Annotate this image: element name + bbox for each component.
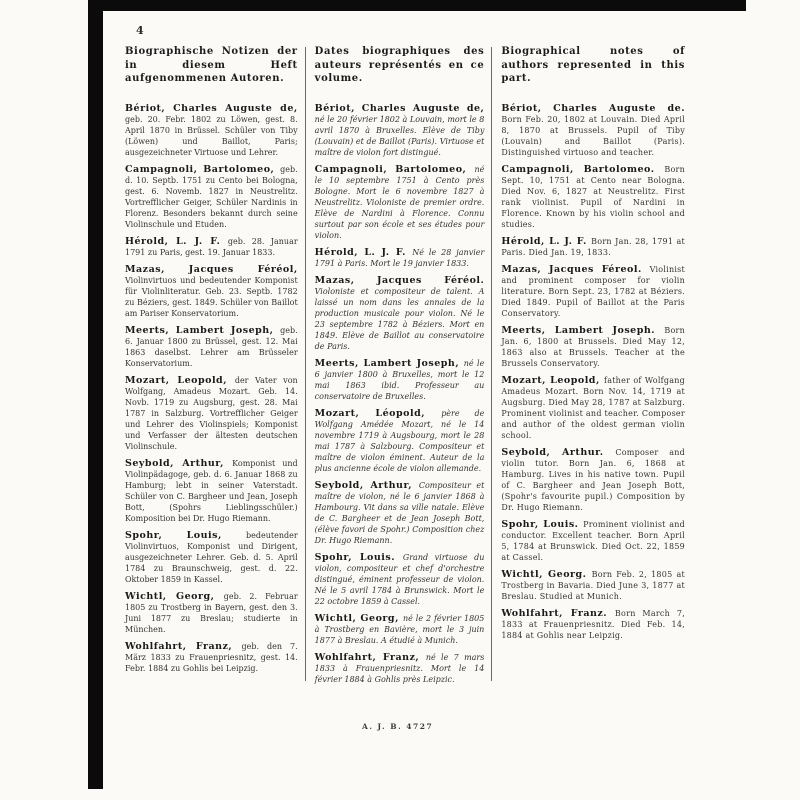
author-entry: Campagnoli, Bartolomeo, geb. d. 10. Sept… [125, 164, 298, 230]
author-entry: Mazas, Jacques Féréol, Violinvirtuos und… [125, 264, 298, 319]
scan-border-left [88, 0, 103, 789]
author-entry: Wichtl, Georg, geb. 2. Februar 1805 zu T… [125, 591, 298, 635]
author-name: Hérold, L. J. F. [125, 236, 228, 247]
author-entry: Hérold, L. J. F. geb. 28. Januar 1791 zu… [125, 236, 298, 258]
author-entry: Mazas, Jacques Féréol. Violoniste et com… [315, 275, 485, 352]
author-entry: Meerts, Lambert Joseph, né le 6 janvier … [315, 358, 485, 402]
author-name: Wohlfahrt, Franz. [501, 608, 615, 619]
author-entry: Wohlfahrt, Franz, né le 7 mars 1833 à Fr… [315, 652, 485, 685]
author-name: Mozart, Léopold, [315, 408, 442, 419]
author-entry: Bériot, Charles Auguste de. Born Feb. 20… [501, 103, 685, 158]
author-name: Hérold, L. J. F. [315, 247, 413, 258]
author-bio: der Vater von Wolfgang, Amadeus Mozart. … [125, 376, 298, 451]
author-entry: Campagnoli, Bartolomeo, né le 10 septemb… [315, 164, 485, 241]
author-name: Seybold, Arthur, [315, 480, 419, 491]
page-number: 4 [136, 24, 144, 37]
author-entry: Seybold, Arthur, Komponist und Violinpäd… [125, 458, 298, 524]
author-name: Mazas, Jacques Féréol, [125, 264, 298, 275]
author-bio: geb. 20. Febr. 1802 zu Löwen, gest. 8. A… [125, 115, 298, 157]
author-entry: Seybold, Arthur. Composer and violin tut… [501, 447, 685, 513]
author-entry: Mazas, Jacques Féreol. Violinist and pro… [501, 264, 685, 319]
author-bio: Born Feb. 20, 1802 at Louvain. Died Apri… [501, 115, 685, 157]
author-bio: father of Wolfgang Amadeus Mozart. Born … [501, 376, 685, 440]
author-name: Spohr, Louis, [125, 530, 246, 541]
entries-german: Bériot, Charles Auguste de, geb. 20. Feb… [125, 103, 298, 674]
author-name: Spohr, Louis. [315, 552, 403, 563]
author-entry: Bériot, Charles Auguste de, né le 20 fév… [315, 103, 485, 158]
author-name: Hérold, L. J. F. [501, 236, 591, 247]
author-name: Mazas, Jacques Féréol. [315, 275, 485, 286]
entries-french: Bériot, Charles Auguste de, né le 20 fév… [315, 103, 485, 685]
author-entry: Wohlfahrt, Franz. Born March 7, 1833 at … [501, 608, 685, 641]
column-heading-french: Dates biographiques des auteurs représen… [315, 45, 485, 86]
author-entry: Hérold, L. J. F. Born Jan. 28, 1791 at P… [501, 236, 685, 258]
author-entry: Seybold, Arthur, Compositeur et maître d… [315, 480, 485, 546]
author-entry: Hérold, L. J. F. Né le 28 janvier 1791 à… [315, 247, 485, 269]
author-entry: Bériot, Charles Auguste de, geb. 20. Feb… [125, 103, 298, 158]
column-german: Biographische Notizen der in diesem Heft… [125, 45, 305, 691]
author-name: Campagnoli, Bartolomeo, [125, 164, 280, 175]
author-name: Mozart, Leopold, [501, 375, 604, 386]
author-bio: Violoniste et compositeur de talent. A l… [315, 287, 485, 351]
author-entry: Mozart, Léopold, père de Wolfgang Amédée… [315, 408, 485, 474]
entries-english: Bériot, Charles Auguste de. Born Feb. 20… [501, 103, 685, 641]
author-entry: Meerts, Lambert Joseph, geb. 6. Januar 1… [125, 325, 298, 369]
author-name: Meerts, Lambert Joseph, [125, 325, 280, 336]
author-name: Wichtl, Georg, [125, 591, 224, 602]
column-french: Dates biographiques des auteurs représen… [306, 45, 492, 691]
column-english: Biographical notes of authors represente… [492, 45, 685, 691]
author-name: Bériot, Charles Auguste de, [315, 103, 485, 114]
author-entry: Wichtl, Georg. Born Feb. 2, 1805 at Tros… [501, 569, 685, 602]
author-name: Wohlfahrt, Franz, [125, 641, 242, 652]
author-entry: Wohlfahrt, Franz, geb. den 7. März 1833 … [125, 641, 298, 674]
author-entry: Mozart, Leopold, der Vater von Wolfgang,… [125, 375, 298, 452]
author-name: Campagnoli, Bartolomeo, [315, 164, 475, 175]
author-name: Bériot, Charles Auguste de, [125, 103, 298, 114]
plate-number: A. J. B. 4727 [362, 722, 433, 731]
author-name: Spohr, Louis. [501, 519, 583, 530]
author-entry: Wichtl, Georg, né le 2 février 1805 à Tr… [315, 613, 485, 646]
author-entry: Mozart, Leopold, father of Wolfgang Amad… [501, 375, 685, 441]
author-bio: né le 20 février 1802 à Louvain, mort le… [315, 115, 485, 157]
author-bio: père de Wolfgang Amédée Mozart, né le 14… [315, 409, 485, 473]
author-bio: geb. d. 10. Septb. 1751 zu Cento bei Bol… [125, 165, 298, 229]
author-entry: Spohr, Louis. Grand virtuose du violon, … [315, 552, 485, 607]
author-bio: Violinvirtuos und bedeutender Komponist … [125, 276, 298, 318]
author-bio: né le 10 septembre 1751 à Cento près Bol… [315, 165, 485, 240]
scan-border-top [88, 0, 746, 11]
author-name: Wohlfahrt, Franz, [315, 652, 426, 663]
author-bio: Komponist und Violinpädagoge, geb. d. 6.… [125, 459, 298, 523]
author-name: Wichtl, Georg. [501, 569, 591, 580]
author-name: Campagnoli, Bartolomeo. [501, 164, 664, 175]
author-name: Mazas, Jacques Féreol. [501, 264, 649, 275]
author-entry: Spohr, Louis, bedeutender Violinvirtuos,… [125, 530, 298, 585]
author-name: Meerts, Lambert Joseph, [315, 358, 464, 369]
author-name: Meerts, Lambert Joseph. [501, 325, 664, 336]
scanned-page: 4 Biographische Notizen der in diesem He… [0, 0, 800, 800]
author-bio: Born Sept. 10, 1751 at Cento near Bologn… [501, 165, 685, 229]
author-entry: Campagnoli, Bartolomeo. Born Sept. 10, 1… [501, 164, 685, 230]
author-name: Mozart, Leopold, [125, 375, 235, 386]
column-heading-german: Biographische Notizen der in diesem Heft… [125, 45, 298, 86]
author-bio: Compositeur et maître de violon, né le 6… [315, 481, 485, 545]
author-name: Seybold, Arthur. [501, 447, 615, 458]
author-bio: Composer and violin tutor. Born Jan. 6, … [501, 448, 685, 512]
column-heading-english: Biographical notes of authors represente… [501, 45, 685, 86]
author-entry: Meerts, Lambert Joseph. Born Jan. 6, 180… [501, 325, 685, 369]
author-name: Wichtl, Georg, [315, 613, 403, 624]
author-entry: Spohr, Louis. Prominent violinist and co… [501, 519, 685, 563]
author-name: Seybold, Arthur, [125, 458, 232, 469]
author-name: Bériot, Charles Auguste de. [501, 103, 685, 114]
three-column-text: Biographische Notizen der in diesem Heft… [125, 45, 685, 691]
